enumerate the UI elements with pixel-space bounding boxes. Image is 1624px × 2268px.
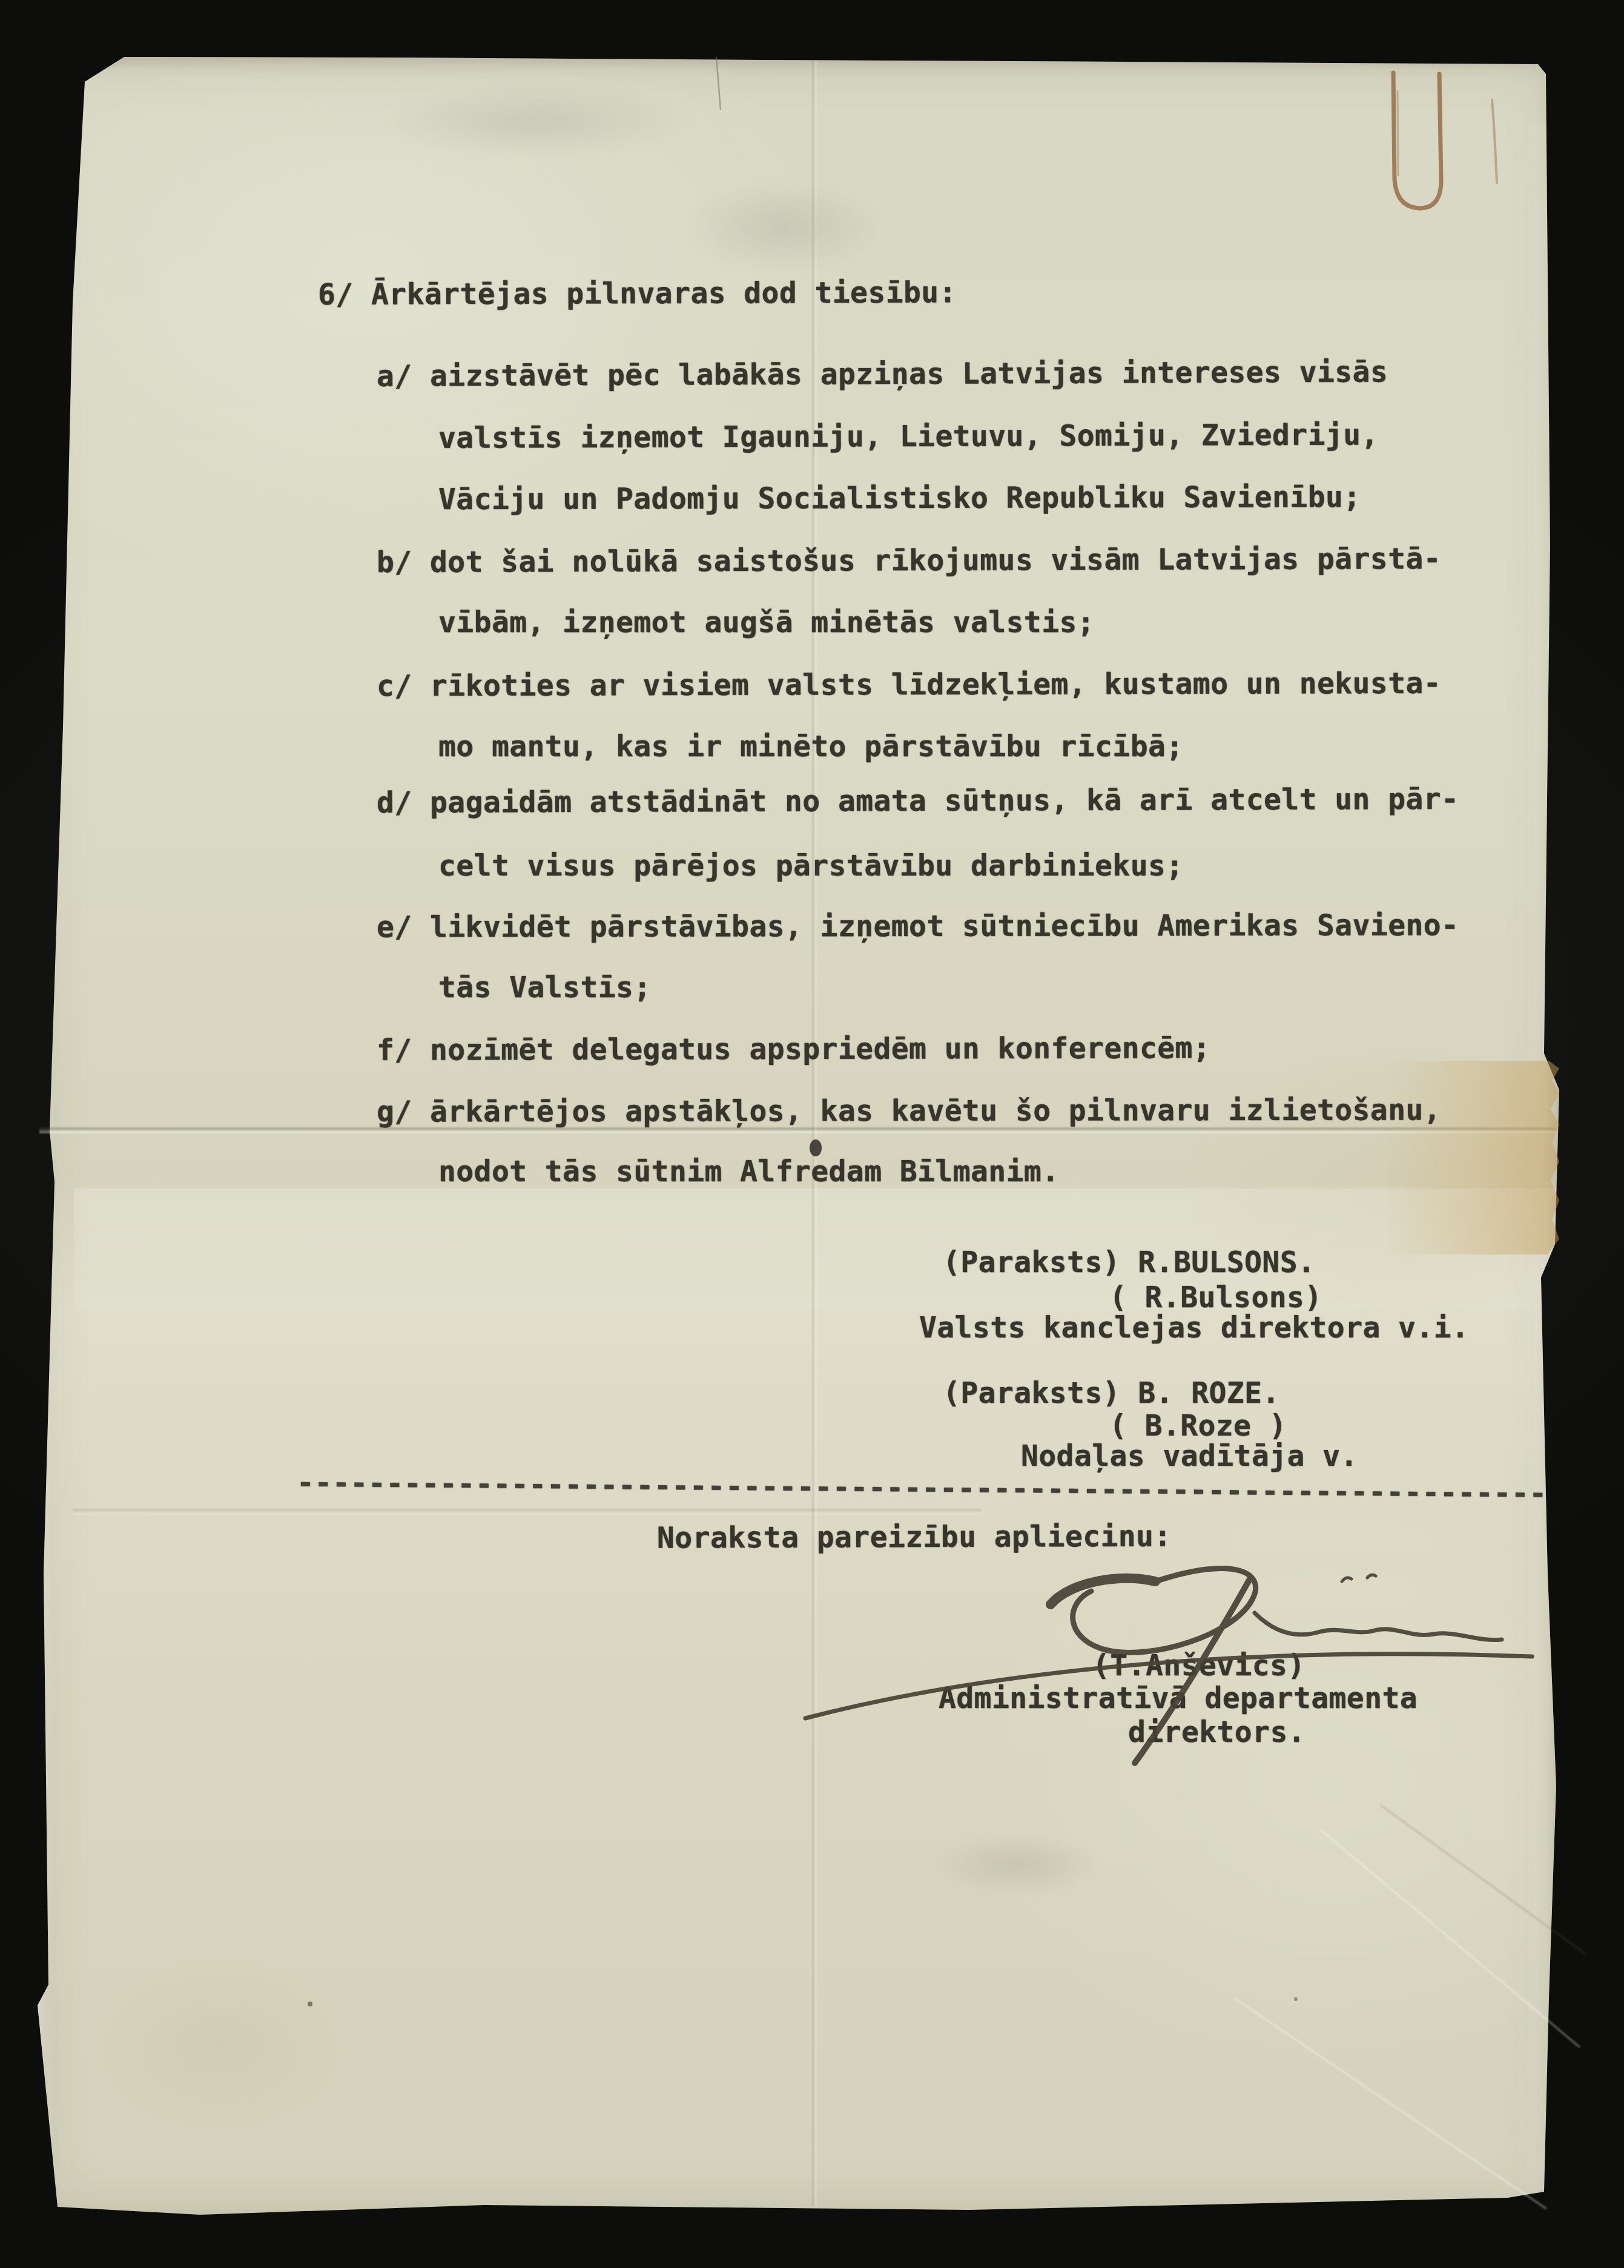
speck [308, 2002, 312, 2006]
handwritten-signature [805, 1568, 1532, 1763]
speck [1294, 1997, 1298, 2001]
paper-tear [716, 57, 721, 110]
ink-and-stain-overlay [0, 0, 1624, 2268]
scan-background: 6/Ārkārtējas pilnvaras dod tiesību: a/ai… [0, 0, 1624, 2268]
ink-blot [810, 1139, 822, 1156]
paperclip-rust-stain [1393, 73, 1497, 208]
